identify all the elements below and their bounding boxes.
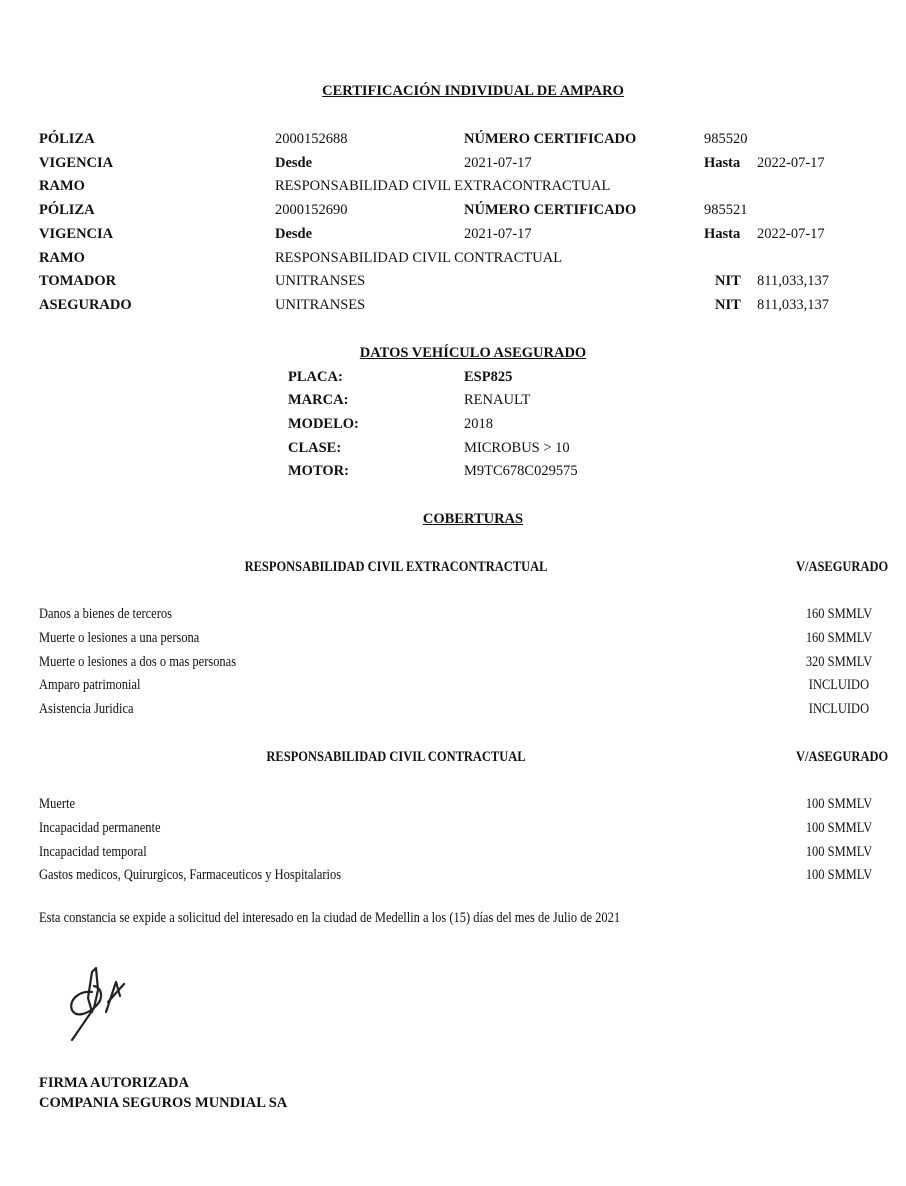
coverage-value-header: V/ASEGURADO <box>781 560 888 575</box>
coverage-item-value: 100 SMMLV <box>795 821 872 836</box>
ramo-value: RESPONSABILIDAD CIVIL EXTRACONTRACTUAL <box>275 179 610 194</box>
coverage-item-name: Asistencia Juridica <box>39 702 149 717</box>
asegurado-nit: 811,033,137 <box>757 298 829 313</box>
ramo-value: RESPONSABILIDAD CIVIL CONTRACTUAL <box>275 251 562 266</box>
ramo-label: RAMO <box>39 251 85 266</box>
signature-label: FIRMA AUTORIZADA <box>39 1076 189 1091</box>
vehicle-field-label: MODELO: <box>288 417 359 432</box>
vigencia-label: VIGENCIA <box>39 227 113 242</box>
coverage-item-value: 160 SMMLV <box>795 607 872 622</box>
coverage-item-name: Incapacidad permanente <box>39 821 180 836</box>
coverages-title: COBERTURAS <box>423 512 523 527</box>
coverage-item-value: 100 SMMLV <box>795 868 872 883</box>
vigencia-label: VIGENCIA <box>39 156 113 171</box>
hasta-date: 2022-07-17 <box>757 156 825 171</box>
vehicle-engine: M9TC678C029575 <box>464 464 578 479</box>
vehicle-section-title: DATOS VEHÍCULO ASEGURADO <box>360 346 586 361</box>
coverage-item-value: 320 SMMLV <box>795 655 872 670</box>
asegurado-nit-label: NIT <box>715 298 741 313</box>
vehicle-brand: RENAULT <box>464 393 530 408</box>
certificate-number: 985520 <box>704 132 748 147</box>
ramo-label: RAMO <box>39 179 85 194</box>
certificate-label: NÚMERO CERTIFICADO <box>464 132 636 147</box>
issuance-statement: Esta constancia se expide a solicitud de… <box>39 911 715 926</box>
coverage-item-value: INCLUIDO <box>799 702 869 717</box>
hasta-label: Hasta <box>704 156 740 171</box>
vehicle-field-label: MOTOR: <box>288 464 349 479</box>
coverage-item-name: Amparo patrimonial <box>39 678 157 693</box>
hasta-date: 2022-07-17 <box>757 227 825 242</box>
asegurado-label: ASEGURADO <box>39 298 132 313</box>
desde-label: Desde <box>275 227 312 242</box>
poliza-number: 2000152688 <box>275 132 348 147</box>
tomador-label: TOMADOR <box>39 274 116 289</box>
coverage-item-value: 160 SMMLV <box>795 631 872 646</box>
vehicle-plate: ESP825 <box>464 370 512 385</box>
company-name: COMPANIA SEGUROS MUNDIAL SA <box>39 1096 287 1111</box>
desde-date: 2021-07-17 <box>464 156 532 171</box>
tomador-nit-label: NIT <box>715 274 741 289</box>
coverage-section-title: RESPONSABILIDAD CIVIL EXTRACONTRACTUAL <box>220 560 572 575</box>
vehicle-field-label: MARCA: <box>288 393 348 408</box>
certificate-number: 985521 <box>704 203 748 218</box>
hasta-label: Hasta <box>704 227 740 242</box>
vehicle-class: MICROBUS > 10 <box>464 441 570 456</box>
coverage-value-header: V/ASEGURADO <box>781 750 888 765</box>
tomador-nit: 811,033,137 <box>757 274 829 289</box>
vehicle-field-label: CLASE: <box>288 441 341 456</box>
desde-label: Desde <box>275 156 312 171</box>
vehicle-model: 2018 <box>464 417 493 432</box>
coverage-item-name: Gastos medicos, Quirurgicos, Farmaceutic… <box>39 868 390 883</box>
coverage-item-name: Muerte <box>39 797 81 812</box>
certificate-label: NÚMERO CERTIFICADO <box>464 203 636 218</box>
poliza-label: PÓLIZA <box>39 203 95 218</box>
coverage-item-name: Muerte o lesiones a una persona <box>39 631 225 646</box>
poliza-label: PÓLIZA <box>39 132 95 147</box>
coverage-item-name: Muerte o lesiones a dos o mas personas <box>39 655 268 670</box>
coverage-item-value: 100 SMMLV <box>795 845 872 860</box>
coverage-item-name: Danos a bienes de terceros <box>39 607 194 622</box>
vehicle-field-label: PLACA: <box>288 370 343 385</box>
tomador-value: UNITRANSES <box>275 274 365 289</box>
coverage-item-name: Incapacidad temporal <box>39 845 164 860</box>
desde-date: 2021-07-17 <box>464 227 532 242</box>
coverage-section-title: RESPONSABILIDAD CIVIL CONTRACTUAL <box>245 750 546 765</box>
signature-icon <box>62 962 132 1044</box>
coverage-item-value: INCLUIDO <box>799 678 869 693</box>
coverage-item-value: 100 SMMLV <box>795 797 872 812</box>
document-title: CERTIFICACIÓN INDIVIDUAL DE AMPARO <box>322 84 624 99</box>
poliza-number: 2000152690 <box>275 203 348 218</box>
asegurado-value: UNITRANSES <box>275 298 365 313</box>
